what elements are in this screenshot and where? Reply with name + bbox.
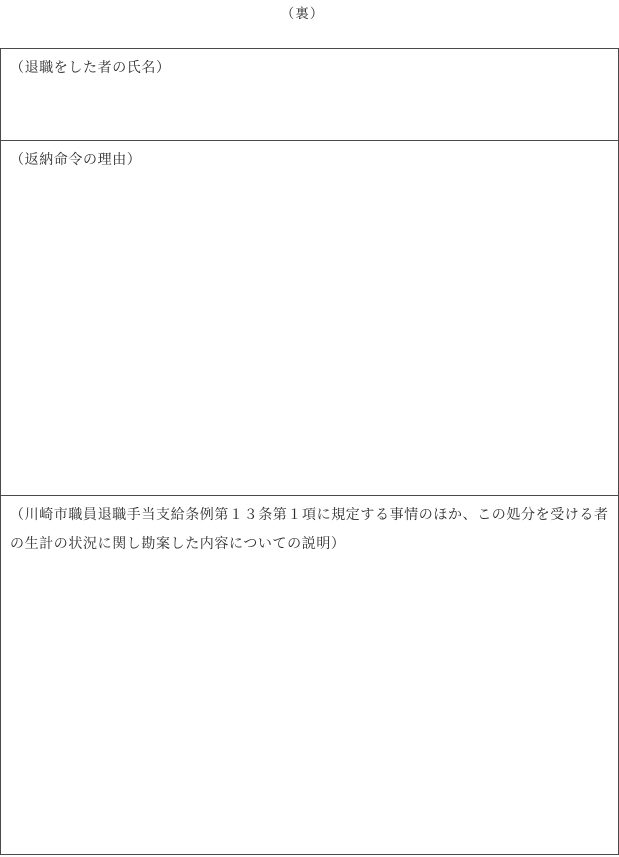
form-row-return-order-reason: （返納命令の理由） <box>1 141 618 496</box>
field-label-livelihood-explanation: （川崎市職員退職手当支給条例第１３条第１項に規定する事情のほか、この処分を受ける… <box>10 501 609 559</box>
form-table: （退職をした者の氏名） （返納命令の理由） （川崎市職員退職手当支給条例第１３条… <box>0 48 619 855</box>
form-row-retiree-name: （退職をした者の氏名） <box>1 49 618 141</box>
form-row-livelihood-explanation: （川崎市職員退職手当支給条例第１３条第１項に規定する事情のほか、この処分を受ける… <box>1 496 618 854</box>
field-label-return-order-reason: （返納命令の理由） <box>10 146 609 175</box>
page-side-label: （裏） <box>0 2 605 22</box>
field-label-retiree-name: （退職をした者の氏名） <box>10 54 609 83</box>
